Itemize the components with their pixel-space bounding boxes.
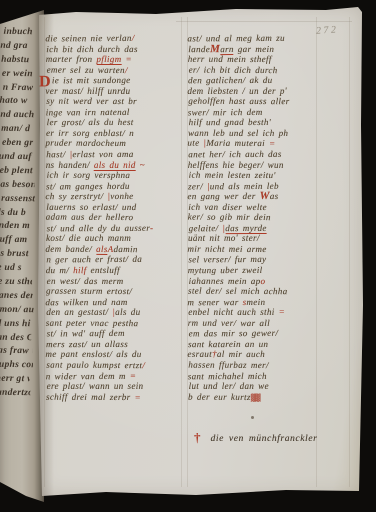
text-line: mytung uber zweil [188,265,322,276]
facing-page-line: und auf d [0,151,33,165]
ink-speck [251,416,254,419]
text-line: hast/ |erlast von ama [46,149,182,160]
text-segment: emer sel zu warten [47,64,125,74]
text-segment: hast/ [46,149,69,159]
text-line: b der eur kurtz▓▓ [188,391,322,402]
facing-page-line: as beson [0,179,34,193]
text-segment: mir nicht mei arme [187,244,266,254]
text-line: m sener war smein [187,296,321,307]
text-segment: b der eur kurtz [188,391,251,401]
text-segment: gelaite/ [189,223,223,233]
text-line: die seinen nie verlan/ [45,33,181,44]
text-line: uänt nit mo' ster/ [188,233,322,244]
rubric-mark: ~ [136,160,145,170]
text-segment: lande [188,44,210,54]
text-segment: al mir auch [217,349,265,359]
text-segment: ler grost/ als du hest [47,117,134,127]
text-line: pruder mardocheum [45,138,181,149]
facing-page-line: d uns hilf g [0,317,31,331]
text-line: ich bit dich durch das [46,43,182,54]
text-segment: ch sy zerstryt/ [45,191,107,201]
text-segment: iahannes mein ap [189,275,261,285]
facing-page-line: an des Chr [0,331,31,345]
text-line: enbel nicht auch sthi = [188,307,322,318]
text-segment: sel verser/ fur may [188,254,266,264]
text-segment: mein [246,297,265,307]
text-segment: vonhe [110,191,133,201]
rubric-mark: = [130,392,140,402]
text-line: sant paulo kumpst ertzt/ [46,360,182,371]
text-line: ker/ so gib mir dein [188,212,322,223]
ruling-line [176,21,352,22]
text-segment: damin [113,244,137,254]
text-line: lut und ler/ dan we [189,381,323,392]
text-line: iahannes mein apo [189,275,323,286]
text-segment: herr und mein stheff [188,54,272,64]
text-segment: geholffen hast auss aller [188,96,289,106]
facing-page-line: nd auch [0,109,34,123]
text-line: ich ir sorg versphna [47,170,183,181]
text-line: ler grost/ als du hest [47,117,183,128]
text-line: hassen ffurbaz mer/ [188,360,322,371]
cross-icon: † [194,430,201,445]
text-segment: den an gestast/ [46,307,112,317]
text-line: me pant enslost/ als du [45,349,181,360]
text-segment: helffens hie beger/ wun [188,160,284,170]
facing-page-line: as fraw uf [0,345,32,359]
text-line: stel der/ sel mich achha [188,286,322,297]
text-segment: enbel nicht auch sthi [188,307,274,317]
rubric-mark: o [260,276,265,286]
text-segment: ich ir sorg versphna [47,170,131,180]
rubric-mark: als du nid [94,160,136,171]
facing-page-line: uff am [0,234,34,248]
text-segment: sant katarein an un [188,339,268,349]
text-segment: swer/ mir ich dem [188,107,263,117]
text-segment: sy nit werd ver ast br [46,96,137,106]
text-segment: lauerns so erlast/ und [46,202,136,212]
text-segment: marter fron [46,54,97,64]
text-line: schiff drei mal zerbr = [46,391,182,402]
text-segment: ker/ so gib mir dein [188,212,271,223]
facing-page-line: s brust [0,248,34,262]
facing-page-line: hato w [0,95,34,109]
text-line: helffens hie beger/ wun [188,160,322,171]
text-line: en gang wer der Was [187,191,321,202]
rubric-mark: ▓▓ [251,394,260,402]
text-line: st/ und alle dy du ausser- [47,223,183,234]
facing-page-line: ls du b [0,206,32,220]
text-segment: grassen sturm ertost/ [46,286,132,297]
text-segment: er/ ich bit dich durch [189,64,278,75]
rubric-mark: = [265,139,276,149]
text-line: du m/ hilf entsluff [46,265,182,276]
manuscript-page: 272 die seinen nie verlan/ich bit dich d… [36,5,364,497]
rubric-initial: M [210,43,220,55]
text-line: sel verser/ fur may [188,254,322,265]
text-line: ver mast/ hilff unrdu [45,86,181,97]
text-line: adam aus der hellero [46,212,182,223]
text-segment: ns handen/ [46,160,94,170]
facing-page-line: rassenst [1,192,35,206]
facing-page-line: man/ d [1,123,35,137]
rubric-mark: - [150,223,153,233]
text-segment: st/ in wd' auff dem [47,328,125,338]
facing-page-edge: inbuchnd grahabstuer weinn Frawhato wnd … [0,0,44,504]
text-segment: ver mast/ hilff unrdu [45,86,130,96]
text-line: sy nit werd ver ast br [46,96,182,107]
text-segment: das myrde [225,223,267,234]
text-line: n ger auch er frast/ da [46,254,182,265]
rubric-mark: = [121,54,131,64]
facing-page-line: n Fraw [3,81,37,95]
text-segment: uänt nit mo' ster/ [188,233,260,243]
text-segment: hassen ffurbaz mer/ [188,360,269,371]
text-segment: esraut [187,349,212,359]
text-segment: gar mein [234,44,274,54]
text-segment: mers zast/ un allass [46,339,128,349]
ruling-line [349,17,350,487]
text-line: landeMarn gar mein [188,43,322,54]
text-segment: erlast von ama [72,149,133,159]
text-line: ere plast/ wann un sein [47,381,183,392]
text-segment: n ger auch er frast/ da [46,254,142,265]
text-segment: er irr sorg enblast/ n [46,128,134,138]
text-column-left: die seinen nie verlan/ich bit dich durch… [46,33,182,402]
text-segment: lut und ler/ dan we [189,381,269,391]
text-segment: st/ und alle dy du ausser [47,223,150,233]
text-line: geholffen hast auss aller [188,96,322,107]
text-line: den gatlichen/ ak du [188,75,322,86]
text-segment: dem liebsten / un der p' [187,86,287,96]
facing-page-line: mon/ auch b [0,304,34,318]
text-segment: kost/ die auch manm [46,233,131,243]
rubric-mark: pfligm [96,54,121,65]
text-line: anet her/ ich auch das [188,149,322,160]
text-segment: wann leb und sel ich ph [188,128,288,138]
manuscript-photo: inbuchnd grahabstuer weinn Frawhato wnd … [0,0,376,512]
facing-page-line: uphs com [0,359,33,373]
text-line: st/ in wd' auff dem [47,328,183,339]
text-line: ch sy zerstryt/ |vonhe [45,191,181,202]
text-segment: ute [187,138,203,148]
facing-page-line: nden m [0,220,33,234]
rubric-mark: / [132,33,135,43]
text-segment: ie ist mit sundonge [52,75,131,85]
text-segment: stel der/ sel mich achha [188,286,288,297]
text-line: ast/ und al meg kam zu [187,33,321,44]
text-line: gelaite/ |das myrde [189,223,323,234]
facing-page-line: eben gr [2,137,36,151]
text-line: herr und mein stheff [188,54,322,65]
text-line: dem liebsten / un der p' [187,86,321,97]
text-line: den an gestast/ |als du [46,307,182,318]
text-segment: das wilken und nam [45,297,127,307]
rubric-mark: / [125,65,128,75]
text-segment: rm und ver/ war all [188,317,270,327]
text-segment: als du [115,307,140,317]
text-segment: dem bande/ [45,244,96,254]
text-line: esraut†al mir auch [187,349,321,360]
text-segment: adam aus der hellero [46,212,134,223]
text-line: sant michahel mich [188,370,322,381]
text-line: en west/ das merm [47,275,183,286]
facing-page-line: anes dem [0,290,33,304]
text-segment: du m/ [46,265,73,275]
text-segment: entsluff [87,265,120,275]
rubric-mark: hilf [73,265,86,275]
text-segment: st/ am ganges hordu [46,181,130,192]
rubric-mark: = [126,370,136,380]
text-segment: inge van irn natenal [46,107,130,118]
text-segment: em das mir so gewer/ [189,328,279,339]
facing-page-line: e ud s [0,262,31,276]
facing-page-line: inbuch [3,26,37,40]
text-segment: sant peter vnac pestha [46,317,139,327]
text-line: Die ist mit sundonge [46,75,182,86]
rubric-initial: W [260,190,270,202]
text-segment: anet her/ ich auch das [188,149,281,159]
facing-page-line: eb plent [0,165,34,179]
facing-page-line: nd gra [0,40,34,54]
text-segment: en west/ das merm [47,275,124,285]
rubric-mark: = [275,307,285,317]
text-segment: ich bit dich durch das [46,43,137,53]
facing-page-line: undertzoh [0,387,31,401]
text-segment: zer/ [188,181,207,191]
text-line: ns handen/ als du nid ~ [46,160,182,171]
text-line: em das mir so gewer/ [189,328,323,339]
text-segment: sant paulo kumpst ertzt [46,360,142,371]
facing-page-text: inbuchnd grahabstuer weinn Frawhato wnd … [0,26,38,401]
text-line: ich mein lesten zeitu' [189,170,323,181]
scribal-note-text: die ven münchfranckler [211,434,318,444]
text-segment: m sener war [187,297,242,307]
text-line: das wilken und nam [45,296,181,307]
facing-page-line: e zu sthe [0,276,32,290]
text-segment: mytung uber zweil [188,265,263,275]
text-line: ute |Maria muterai = [187,138,321,149]
text-line: marter fron pfligm = [46,54,182,65]
rubric-mark: / [142,360,145,370]
text-segment: die seinen nie verlan [45,33,131,44]
text-segment: ere plast/ wann un sein [47,381,144,391]
text-segment: ich van diser welte [188,202,267,212]
text-segment: n wider van dem m [46,370,126,380]
text-line: kost/ die auch manm [46,233,182,244]
text-segment: den gatlichen/ ak du [188,75,272,85]
text-segment: sant michahel mich [188,370,267,380]
text-column-right: ast/ und al meg kam zulandeMarn gar mein… [188,33,322,402]
facing-page-line: herr gt w [0,373,30,387]
text-segment: schiff drei mal zerbr [46,391,131,401]
text-segment: Maria muterai [206,138,265,148]
facing-page-line: er wein [2,67,36,81]
text-segment: me pant enslost/ als du [45,349,141,359]
text-line: grassen sturm ertost/ [46,286,182,297]
text-line: hilf und gnad besth' [189,117,323,128]
scribal-note: † die ven münchfranckler [194,428,317,446]
text-segment: ich mein lesten zeitu' [189,170,276,180]
text-segment: ast/ und al meg kam zu [187,33,285,44]
text-segment: en gang wer der [187,191,259,201]
text-segment: hilf und gnad besth' [189,117,271,127]
facing-page-line: habstu [1,54,35,68]
text-segment: pruder mardocheum [45,138,126,149]
text-line: n wider van dem m = [46,370,182,381]
text-segment: as [270,191,279,201]
